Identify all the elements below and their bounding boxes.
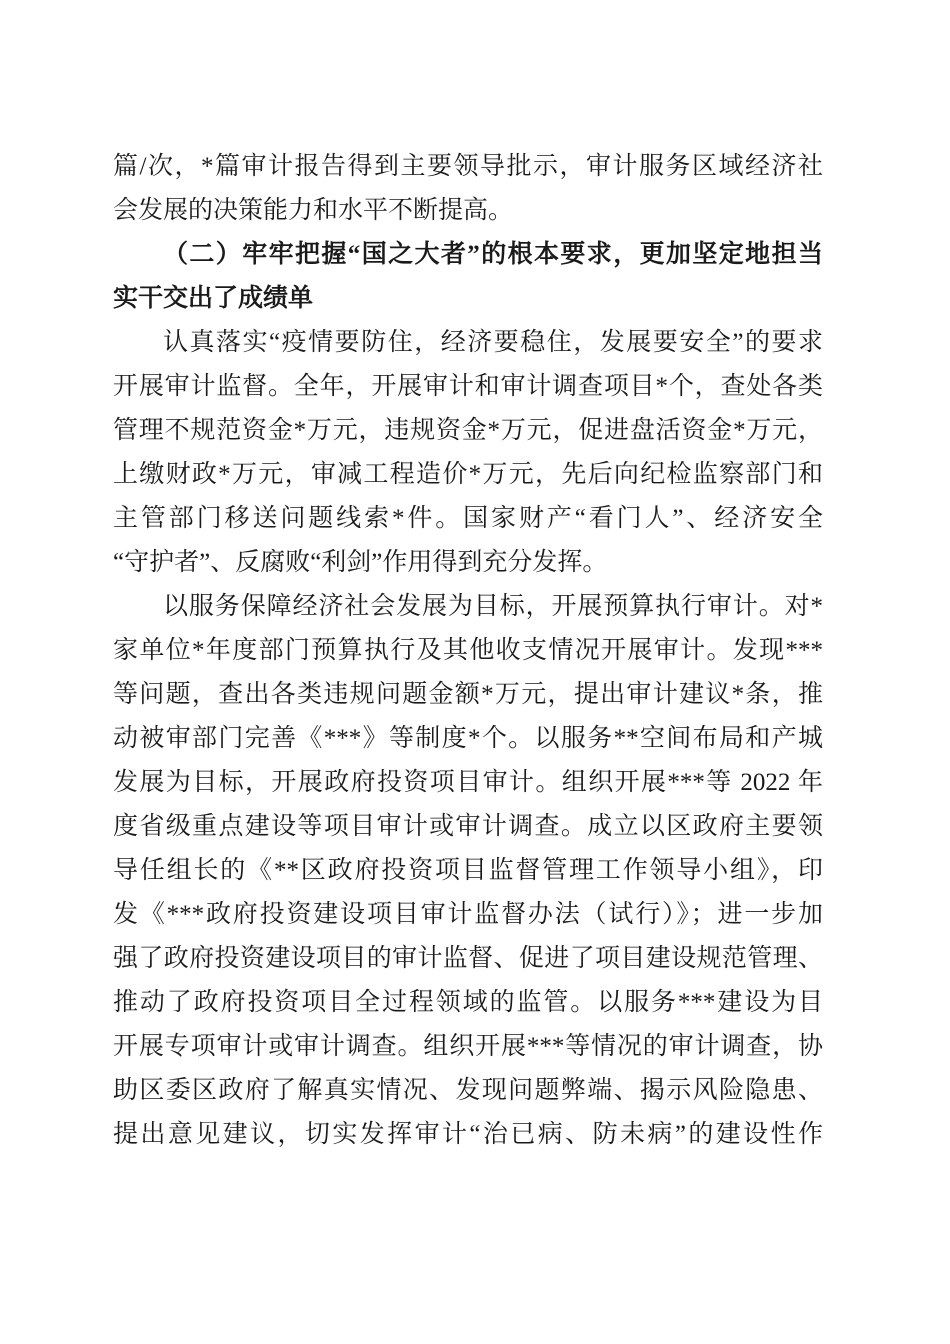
section-heading: （二）牢牢把握“国之大者”的根本要求，更加坚定地担当实干交出了成绩单 (113, 233, 823, 321)
text-line: 开展专项审计或审计调查。组织开展***等情况的审计调查，协 (113, 1025, 823, 1069)
text-line: “守护者”、反腐败“利剑”作用得到充分发挥。 (113, 541, 823, 585)
text-line: 主管部门移送问题线索*件。国家财产“看门人”、经济安全 (113, 497, 823, 541)
text-line: 强了政府投资建设项目的审计监督、促进了项目建设规范管理、 (113, 937, 823, 981)
text-line: 发展为目标，开展政府投资项目审计。组织开展***等 2022 年 (113, 761, 823, 805)
text-line: 管理不规范资金*万元，违规资金*万元，促进盘活资金*万元， (113, 409, 823, 453)
text-line: 导任组长的《**区政府投资项目监督管理工作领导小组》，印 (113, 849, 823, 893)
text-line: 助区委区政府了解真实情况、发现问题弊端、揭示风险隐患、 (113, 1069, 823, 1113)
paragraph: 以服务保障经济社会发展为目标，开展预算执行审计。对*家单位*年度部门预算执行及其… (113, 585, 823, 1157)
text-line: 上缴财政*万元，审减工程造价*万元，先后向纪检监察部门和 (113, 453, 823, 497)
paragraph: 认真落实“疫情要防住，经济要稳住，发展要安全”的要求开展审计监督。全年，开展审计… (113, 321, 823, 585)
text-line: 发《***政府投资建设项目审计监督办法（试行）》；进一步加 (113, 893, 823, 937)
text-line: 会发展的决策能力和水平不断提高。 (113, 189, 823, 233)
text-line: 度省级重点建设等项目审计或审计调查。成立以区政府主要领 (113, 805, 823, 849)
document-body: 篇/次，*篇审计报告得到主要领导批示，审计服务区域经济社会发展的决策能力和水平不… (113, 145, 823, 1157)
text-line: 提出意见建议，切实发挥审计“治已病、防未病”的建设性作 (113, 1113, 823, 1157)
continuation-paragraph: 篇/次，*篇审计报告得到主要领导批示，审计服务区域经济社会发展的决策能力和水平不… (113, 145, 823, 233)
text-line: 开展审计监督。全年，开展审计和审计调查项目*个，查处各类 (113, 365, 823, 409)
text-line: （二）牢牢把握“国之大者”的根本要求，更加坚定地担当 (113, 233, 823, 277)
document-page: 篇/次，*篇审计报告得到主要领导批示，审计服务区域经济社会发展的决策能力和水平不… (0, 0, 950, 1344)
text-line: 推动了政府投资项目全过程领域的监管。以服务***建设为目标， (113, 981, 823, 1025)
text-line: 篇/次，*篇审计报告得到主要领导批示，审计服务区域经济社 (113, 145, 823, 189)
text-line: 以服务保障经济社会发展为目标，开展预算执行审计。对* (113, 585, 823, 629)
text-line: 家单位*年度部门预算执行及其他收支情况开展审计。发现*** (113, 629, 823, 673)
text-line: 等问题，查出各类违规问题金额*万元，提出审计建议*条，推 (113, 673, 823, 717)
text-line: 动被审部门完善《***》等制度*个。以服务**空间布局和产城 (113, 717, 823, 761)
text-line: 认真落实“疫情要防住，经济要稳住，发展要安全”的要求 (113, 321, 823, 365)
text-line: 实干交出了成绩单 (113, 277, 823, 321)
